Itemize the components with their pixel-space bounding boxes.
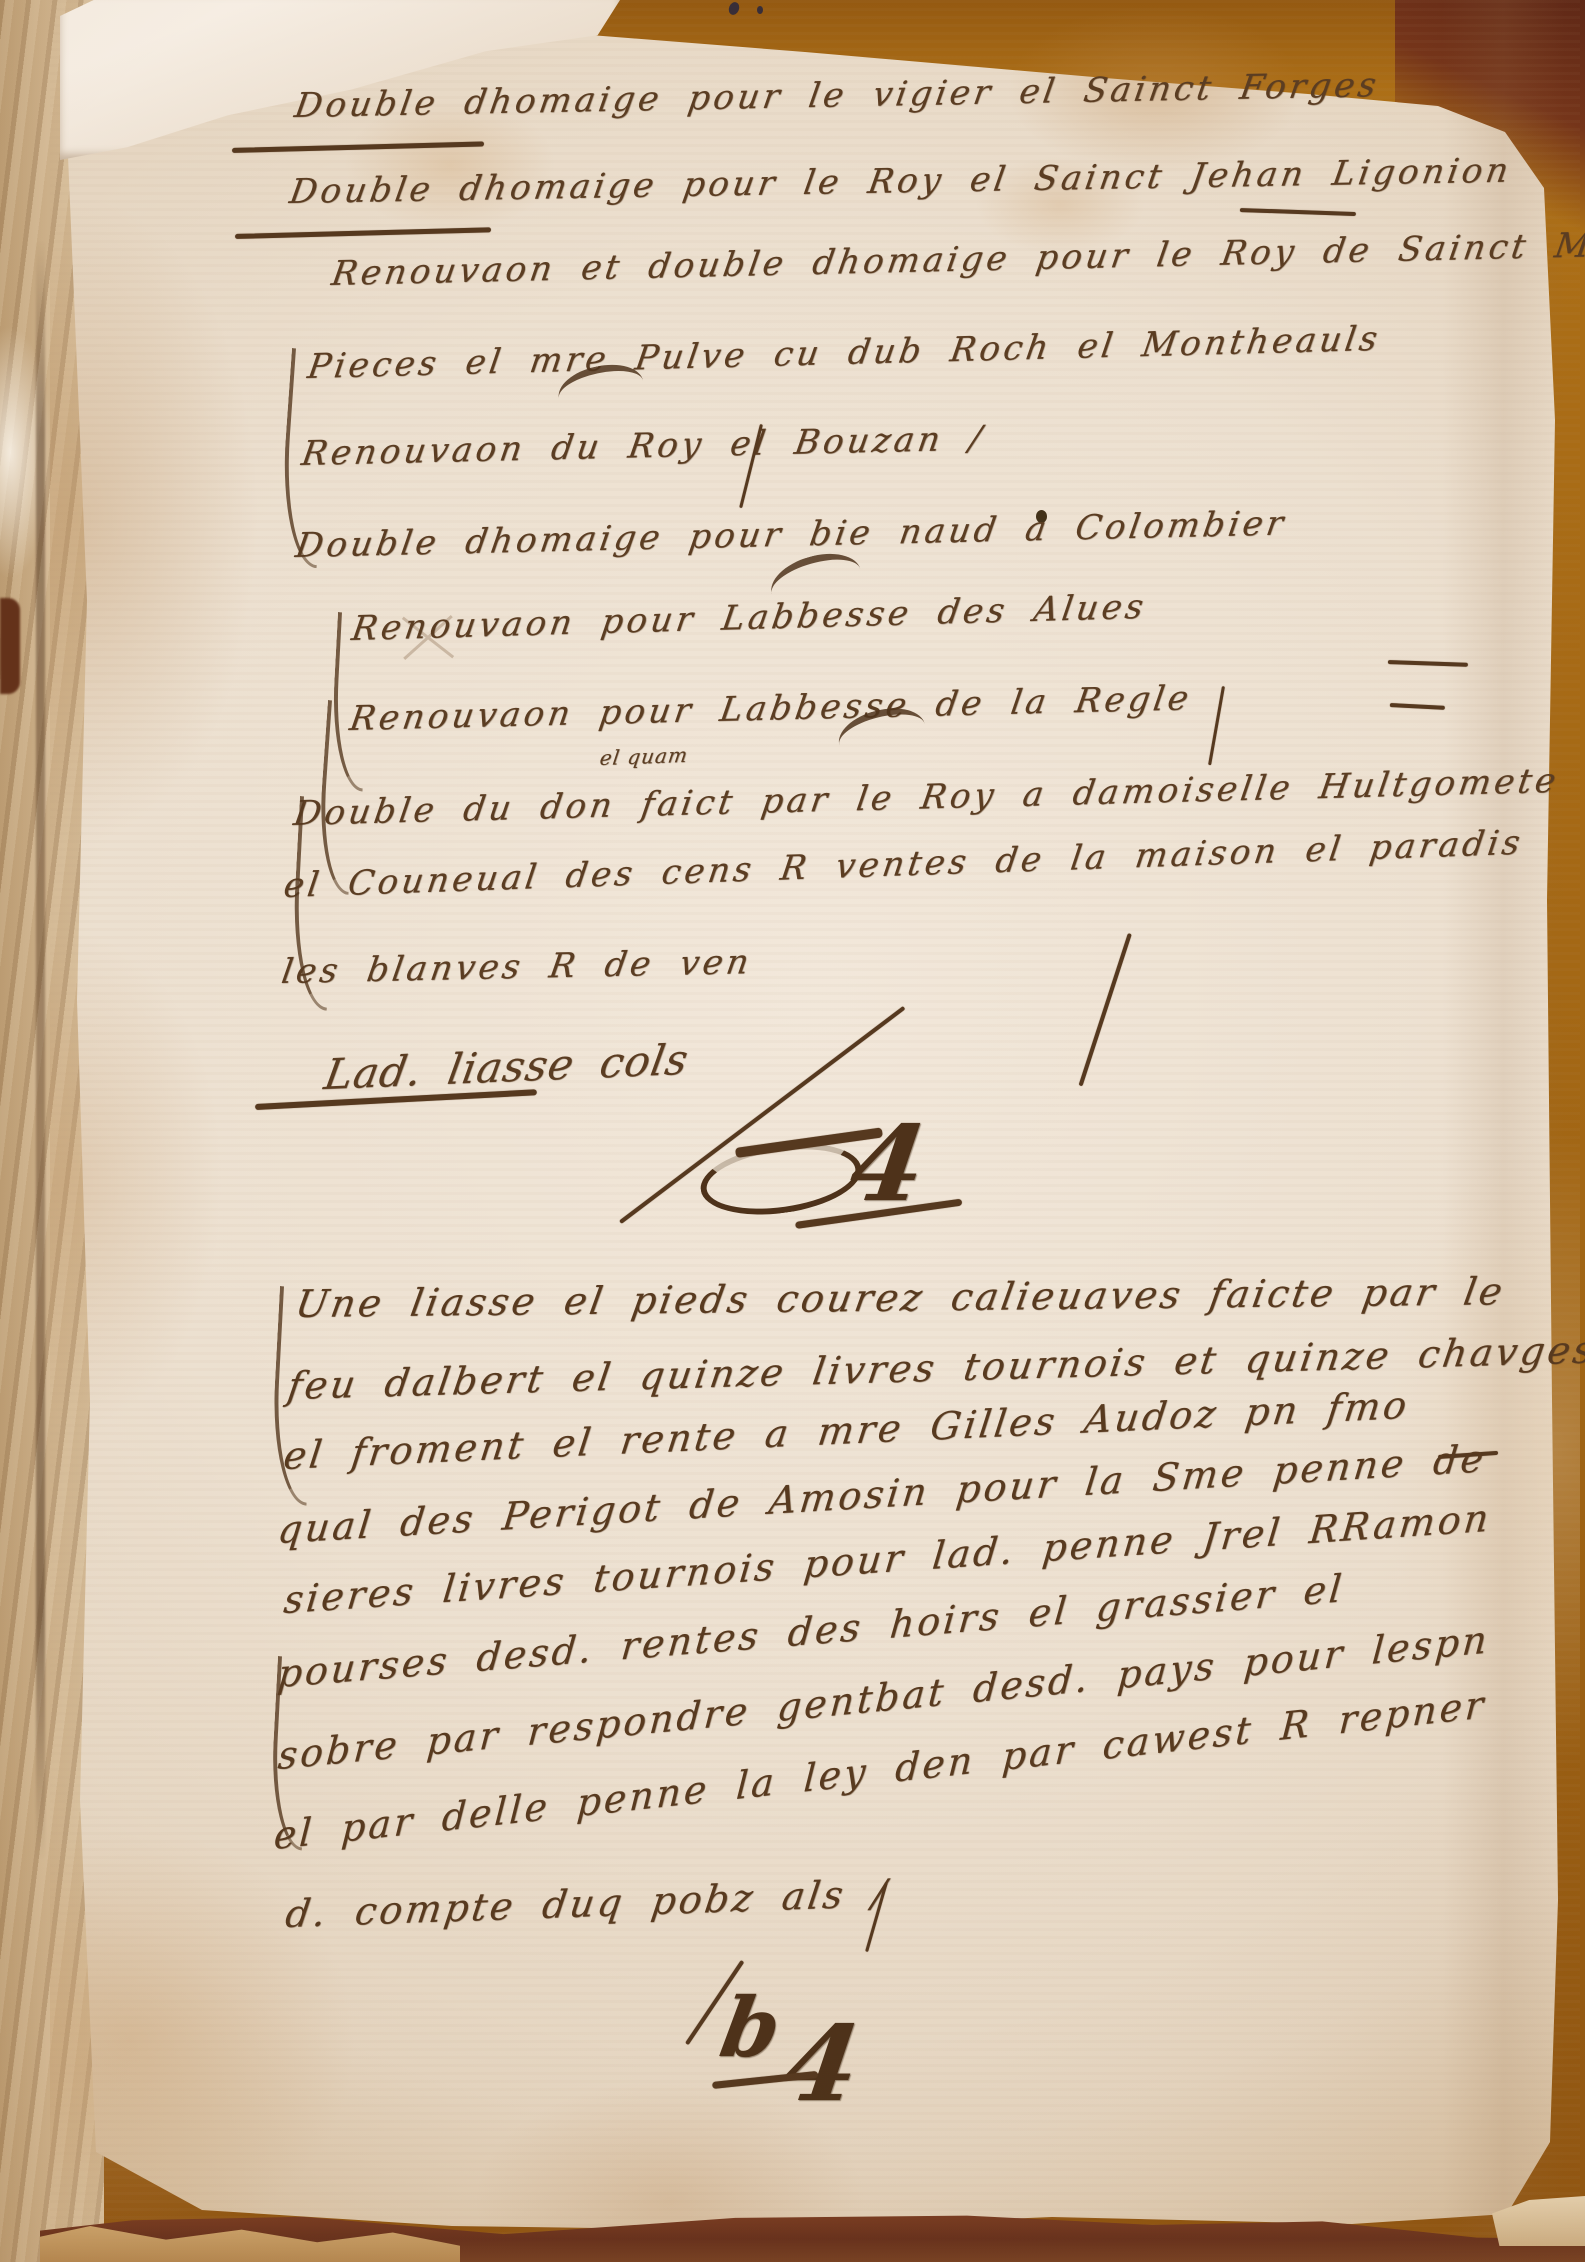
ink-speck xyxy=(727,1,741,17)
page-stack-dark-notch xyxy=(0,598,20,694)
cote-letter: b xyxy=(714,1980,788,2076)
manuscript-photo: Double dhomaige pour le vigier el Sainct… xyxy=(0,0,1585,2262)
page-stack-crevice-shadow xyxy=(36,240,45,1860)
ink-speck xyxy=(757,6,763,14)
interline-note: el quam xyxy=(598,743,690,770)
cote-mark-2: b 4 xyxy=(660,1940,940,2110)
cote-numeral: 4 xyxy=(777,2002,867,2125)
